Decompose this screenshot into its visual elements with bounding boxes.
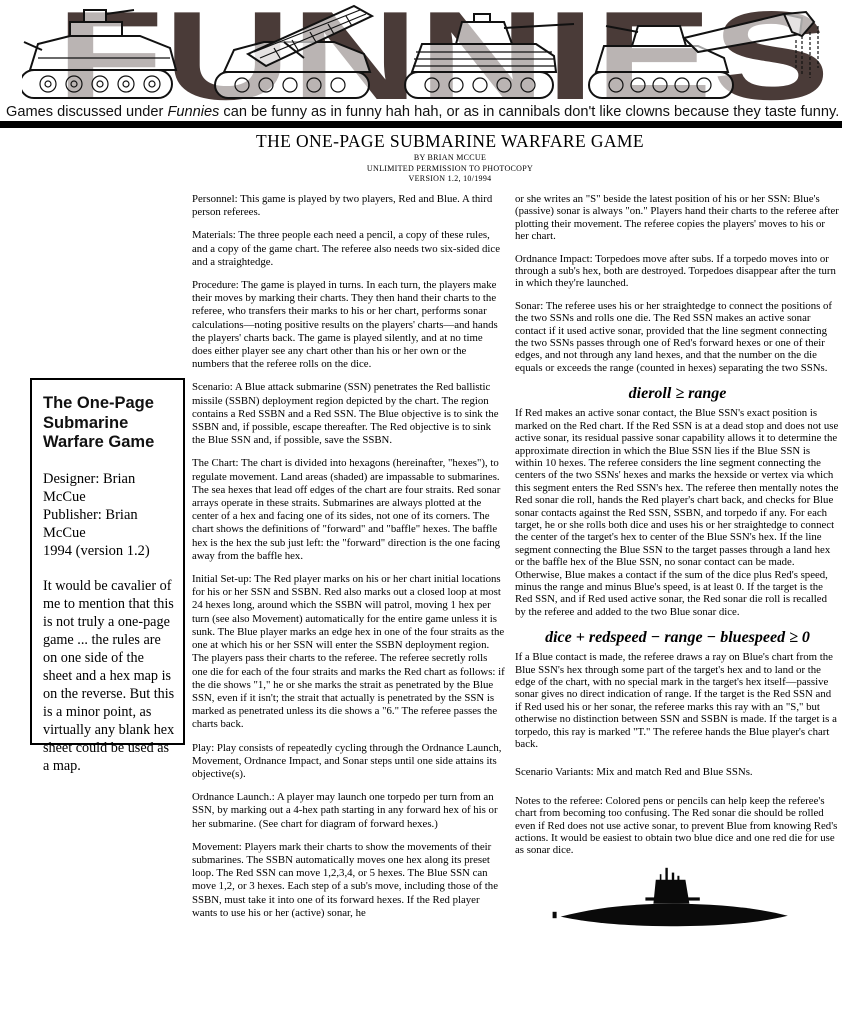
funnies-banner: FUNNIES bbox=[0, 0, 842, 106]
para-blue-contact: If a Blue contact is made, the referee d… bbox=[515, 651, 840, 750]
game-info-commentary: It would be cavalier of me to mention th… bbox=[43, 577, 175, 775]
para-scenario-variants: Scenario Variants: Mix and match Red and… bbox=[515, 766, 840, 778]
para-ordnance-impact: Ordnance Impact: Torpedoes move after su… bbox=[515, 253, 840, 290]
m3-lee-tank-icon bbox=[22, 6, 184, 102]
rules-column-right: or she writes an "S" beside the latest p… bbox=[515, 193, 840, 931]
sherman-tank-icon bbox=[404, 8, 576, 102]
para-movement: Movement: Players mark their charts to s… bbox=[192, 841, 505, 920]
para-scenario: Scenario: A Blue attack submarine (SSN) … bbox=[192, 381, 505, 447]
article-permission: UNLIMITED PERMISSION TO PHOTOCOPY bbox=[195, 164, 705, 174]
credit-publisher: Publisher: Brian McCue bbox=[43, 506, 175, 542]
para-materials: Materials: The three people each need a … bbox=[192, 229, 505, 269]
article-version: VERSION 1.2, 10/1994 bbox=[195, 174, 705, 184]
para-procedure: Procedure: The game is played in turns. … bbox=[192, 279, 505, 371]
para-passive-sonar: If Red makes an active sonar contact, th… bbox=[515, 407, 840, 618]
para-sonar: Sonar: The referee uses his or her strai… bbox=[515, 300, 840, 374]
newsletter-page: FUNNIES bbox=[0, 0, 842, 1011]
tagline-suffix: can be funny as in funny hah hah, or as … bbox=[219, 104, 839, 120]
crane-flail-tank-icon bbox=[588, 8, 836, 104]
para-movement-continued: or she writes an "S" beside the latest p… bbox=[515, 193, 840, 243]
article-title: THE ONE-PAGE SUBMARINE WARFARE GAME bbox=[195, 131, 705, 152]
credit-year: 1994 (version 1.2) bbox=[43, 542, 175, 560]
para-initial-setup: Initial Set-up: The Red player marks on … bbox=[192, 573, 505, 731]
formula-active-sonar: dieroll ≥ range bbox=[515, 384, 840, 403]
formula-blue-sonar: dice + redspeed − range − bluespeed ≥ 0 bbox=[515, 628, 840, 647]
credit-designer: Designer: Brian McCue bbox=[43, 470, 175, 506]
game-info-title: The One-Page Submarine Warfare Game bbox=[43, 394, 175, 453]
article-byline: BY BRIAN MCCUE bbox=[195, 153, 705, 163]
para-ordnance-launch: Ordnance Launch.: A player may launch on… bbox=[192, 791, 505, 831]
divider-bar bbox=[0, 121, 842, 128]
game-info-box: The One-Page Submarine Warfare Game Desi… bbox=[30, 378, 185, 745]
rocket-launcher-tank-icon bbox=[214, 2, 392, 102]
para-play: Play: Play consists of repeatedly cyclin… bbox=[192, 742, 505, 782]
tagline-funnies-word: Funnies bbox=[167, 104, 219, 120]
para-the-chart: The Chart: The chart is divided into hex… bbox=[192, 457, 505, 563]
tagline: Games discussed under Funnies can be fun… bbox=[6, 104, 838, 120]
submarine-silhouette-icon bbox=[521, 867, 821, 931]
para-referee-notes: Notes to the referee: Colored pens or pe… bbox=[515, 795, 840, 857]
rules-column-left: Personnel: This game is played by two pl… bbox=[192, 193, 505, 930]
tagline-prefix: Games discussed under bbox=[6, 104, 167, 120]
article-masthead: THE ONE-PAGE SUBMARINE WARFARE GAME BY B… bbox=[195, 131, 705, 184]
game-info-credits: Designer: Brian McCue Publisher: Brian M… bbox=[43, 470, 175, 560]
para-personnel: Personnel: This game is played by two pl… bbox=[192, 193, 505, 219]
